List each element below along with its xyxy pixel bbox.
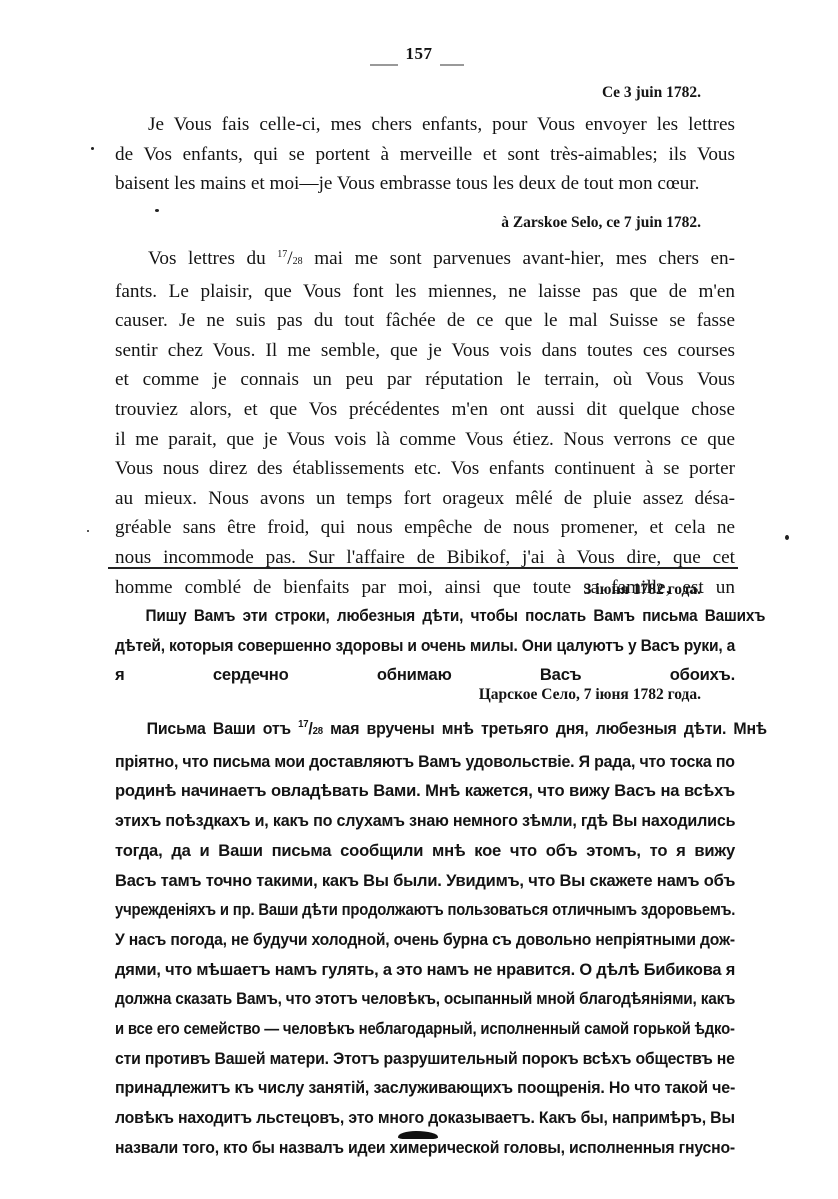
scan-speck (785, 535, 789, 540)
french-letter2-body: Vos lettres du 17/28 mai me sont parvenu… (115, 240, 735, 602)
date-fraction-numerator: 17 (298, 719, 308, 730)
text-line: дѣтей, которыя совершенно здоровы и очен… (115, 631, 735, 661)
text-fragment: mai me sont parvenues avant-hier, mes ch… (303, 248, 735, 269)
text-line: de Vos enfants, qui se portent à merveil… (115, 140, 735, 170)
text-line: trouviez alors, et que Vos précédentes m… (115, 395, 735, 425)
text-line: Vous nous direz des établissements etc. … (115, 454, 735, 484)
russian-letter1-dateline: 3 іюня 1782 года. (584, 581, 701, 599)
text-line: baisent les mains et moi—je Vous embrass… (115, 169, 735, 199)
text-line: Je Vous fais celle-ci, mes chers enfants… (115, 110, 735, 140)
text-line: Письма Ваши отъ 17/28 мая вручены мнѣ тр… (115, 710, 767, 747)
page-number-rule-left (370, 64, 398, 66)
scan-speck (91, 147, 94, 150)
text-line: Васъ тамъ точно такими, какъ Вы были. Ув… (115, 866, 735, 896)
text-line: fants. Le plaisir, que Vous font les mie… (115, 277, 735, 307)
text-line: и все его семейство — человѣкъ неблагода… (115, 1014, 735, 1044)
text-line: il me parait, que je Vous vois là comme … (115, 425, 735, 455)
scan-speck (87, 530, 89, 532)
text-fragment: мая вручены мнѣ третьяго дня, любезныя д… (323, 719, 767, 738)
text-line: gréable sans être froid, qui nous empêch… (115, 513, 735, 543)
french-letter1-body: Je Vous fais celle-ci, mes chers enfants… (115, 110, 735, 199)
text-line: sentir chez Vous. Il me semble, que je V… (115, 336, 735, 366)
text-line: ловѣкъ находитъ льстецовъ, это много док… (115, 1103, 735, 1133)
date-fraction-numerator: 17 (277, 249, 287, 260)
text-line: Vos lettres du 17/28 mai me sont parvenu… (115, 240, 735, 277)
french-letter1-dateline: Ce 3 juin 1782. (602, 84, 701, 102)
date-fraction-denominator: 28 (313, 726, 323, 737)
text-line: принадлежитъ къ числу занятій, заслужива… (115, 1073, 735, 1103)
page-number-rule-right (440, 64, 464, 66)
text-line: учрежденіяхъ и пр. Ваши дѣти продолжаютъ… (115, 895, 735, 925)
text-fragment: Письма Ваши отъ (147, 719, 299, 738)
scan-speck (155, 209, 159, 212)
text-line: et comme je connais un peu par réputatio… (115, 365, 735, 395)
text-line: au mieux. Nous avons un temps fort orage… (115, 484, 735, 514)
text-line: дями, что мѣшаетъ намъ гулять, а это нам… (115, 955, 735, 985)
text-fragment: Vos lettres du (148, 248, 277, 269)
section-divider (108, 567, 738, 569)
text-line: Пишу Вамъ эти строки, любезныя дѣти, что… (115, 601, 765, 631)
french-letter2-dateline: à Zarskoe Selo, ce 7 juin 1782. (501, 214, 701, 232)
text-line: causer. Je ne suis pas du tout fâchée de… (115, 306, 735, 336)
page-number: 157 (0, 44, 838, 64)
text-line: этихъ поѣздкахъ и, какъ по слухамъ знаю … (115, 806, 735, 836)
russian-letter2-body: Письма Ваши отъ 17/28 мая вручены мнѣ тр… (115, 710, 735, 1163)
date-fraction-denominator: 28 (293, 256, 303, 267)
text-line: тогда, да и Ваши письма сообщили мнѣ кое… (115, 836, 735, 866)
russian-letter1-body: Пишу Вамъ эти строки, любезныя дѣти, что… (115, 601, 735, 690)
russian-letter2-dateline: Царское Село, 7 іюня 1782 года. (479, 686, 701, 704)
text-line: У насъ погода, не будучи холодной, очень… (115, 925, 735, 955)
book-page: 157 Ce 3 juin 1782. Je Vous fais celle-c… (0, 0, 838, 1199)
text-line: сти противъ Вашей матери. Этотъ разрушит… (115, 1044, 735, 1074)
text-line: должна сказать Вамъ, что этотъ человѣкъ,… (115, 984, 735, 1014)
text-line: родинѣ начинаетъ овладѣвать Вами. Мнѣ ка… (115, 776, 735, 806)
text-line: пріятно, что письма мои доставляютъ Вамъ… (115, 747, 735, 777)
page-end-ornament (398, 1131, 438, 1139)
